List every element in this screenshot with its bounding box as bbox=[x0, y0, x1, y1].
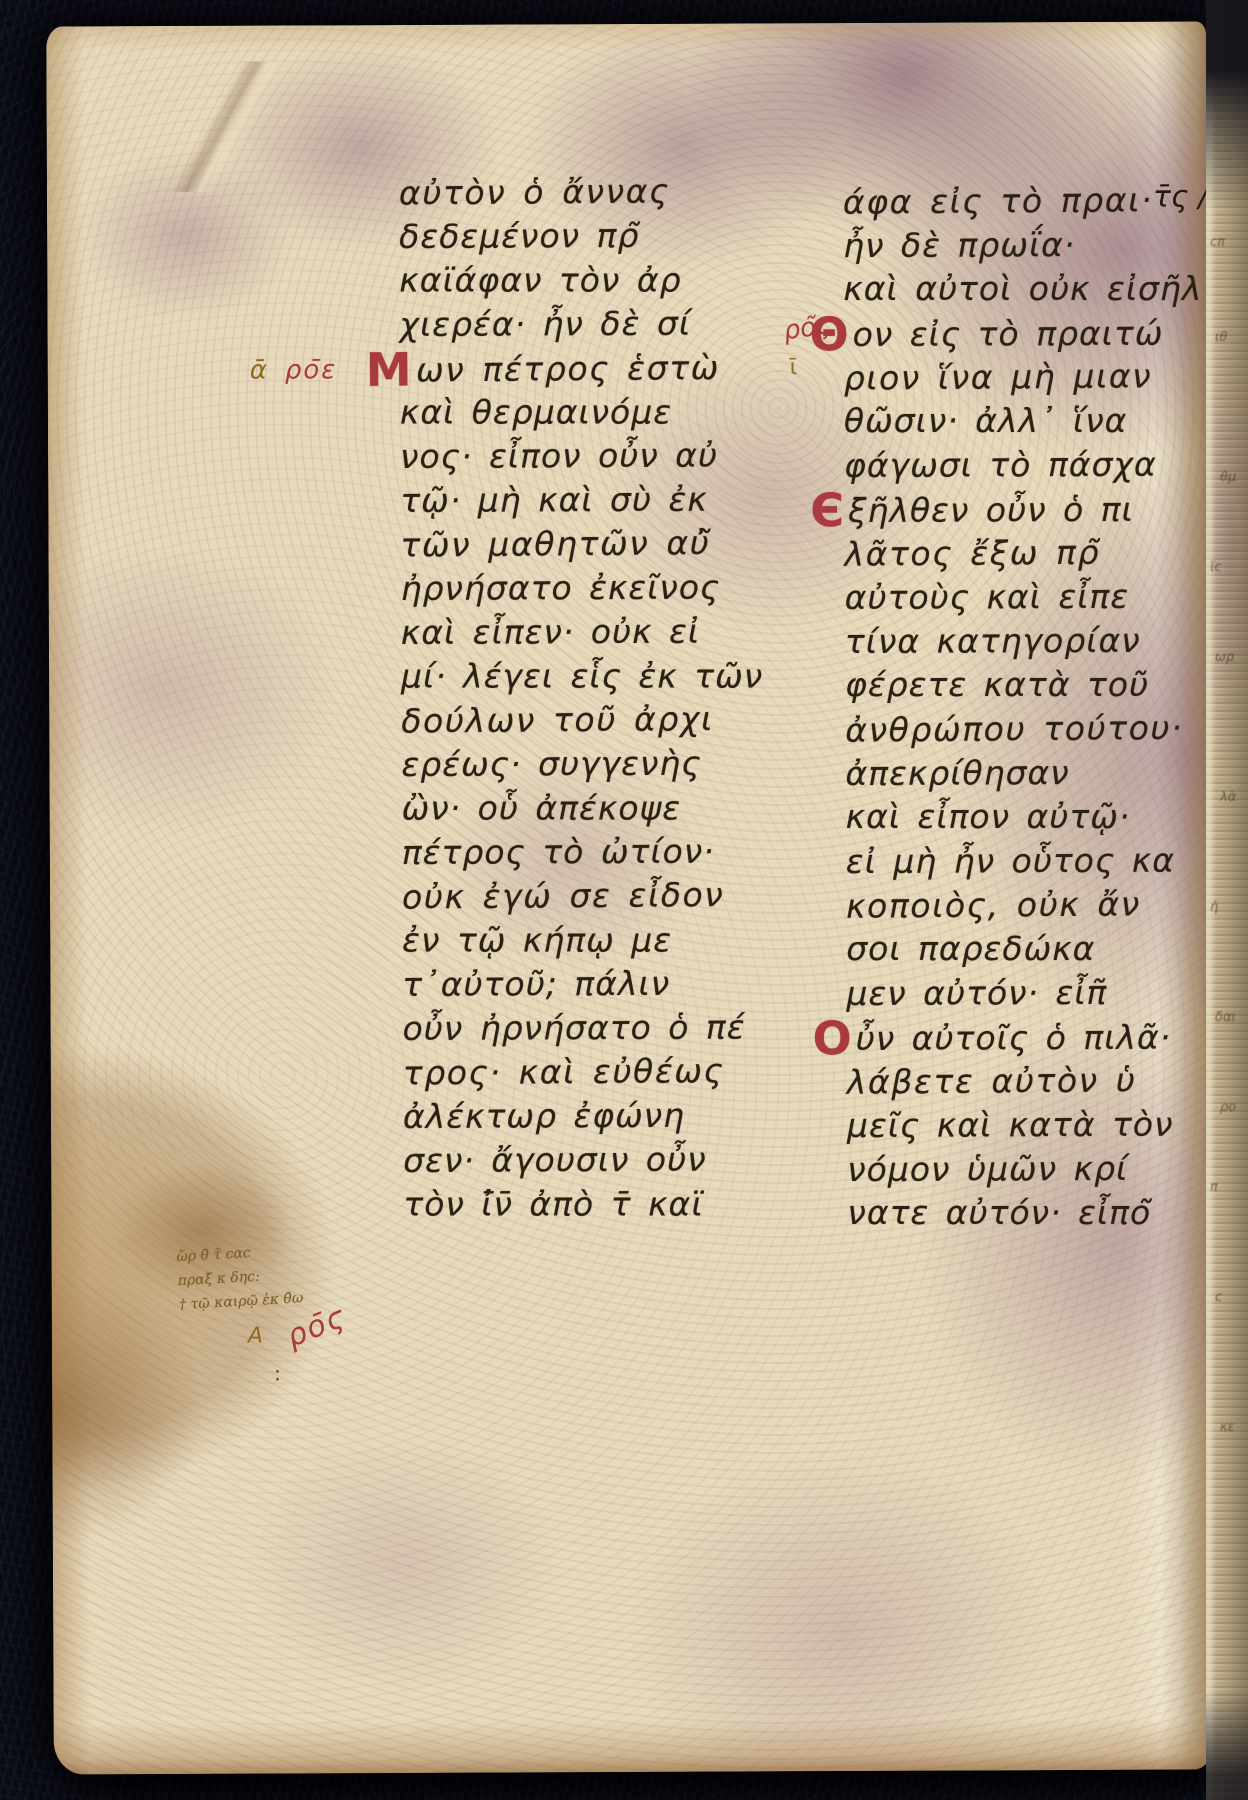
manuscript-line: ἠρνήσατο ἐκεῖνος bbox=[401, 566, 741, 611]
line-text: φέρετε κατὰ τοῦ bbox=[845, 665, 1149, 704]
line-text: σεν· ἄγουσιν οὖν bbox=[403, 1140, 707, 1180]
manuscript-line: σεν· ἄγουσιν οὖν bbox=[403, 1138, 743, 1183]
manuscript-line: ριον ἵνα μὴ μιαν bbox=[844, 354, 1224, 401]
line-text: οὖν ἠρνήσατο ὁ πέ bbox=[402, 1007, 745, 1047]
manuscript-line: νατε αὐτόν· εἶπο̃ bbox=[847, 1191, 1227, 1235]
line-text: μεῖς καὶ κατὰ τὸν bbox=[847, 1105, 1174, 1145]
line-text: καὶ εἶπον αὐτῷ· bbox=[846, 797, 1131, 836]
rubric-initial: Є bbox=[810, 483, 845, 537]
manuscript-line: αὐτοὺς καὶ εἶπε bbox=[845, 574, 1225, 620]
next-page-text-fragment: ωρ bbox=[1215, 650, 1234, 665]
manuscript-line: καϊάφαν τὸν ἀρ bbox=[399, 258, 739, 302]
manuscript-line: τὸν ἰ̄ν̄ ἀπὸ τ̄ καϊ bbox=[403, 1182, 743, 1226]
line-text: τ᾽αὐτοῦ; πάλιν bbox=[402, 964, 670, 1004]
manuscript-line: ερέως· συγγενὴς bbox=[401, 742, 741, 787]
next-page-text-fragment: ἡ bbox=[1210, 900, 1218, 915]
line-text: χιερέα· ἦν δὲ σί bbox=[399, 304, 691, 344]
line-text: σοι παρεδώκα bbox=[846, 929, 1095, 968]
lower-margin-lection-note: ὥρ θ̄ τ̄ ϲαϲπραξ κ δηϲ:† τῷ καιρῷ ἐκ θ̄ω bbox=[176, 1234, 380, 1317]
manuscript-line: οὐκ ἐγώ σε εἶδον bbox=[402, 873, 742, 920]
fore-edge-pages: ϲπιθθμϊϲωρλὰἡδαιροπϲκε bbox=[1206, 0, 1248, 1800]
manuscript-line: ἀλέκτωρ ἐφώνη bbox=[403, 1094, 743, 1139]
manuscript-line: μεῖς καὶ κατὰ τὸν bbox=[847, 1102, 1227, 1148]
line-text: ἀλέκτωρ ἐφώνη bbox=[403, 1096, 685, 1136]
manuscript-line: λᾶτος ἔξω πρ̃ bbox=[844, 530, 1224, 577]
manuscript-line: φάγωσι τὸ πάσχα bbox=[844, 442, 1224, 488]
manuscript-line: αὐτὸν ὁ ἄννας bbox=[399, 169, 739, 216]
manuscript-line: μί· λέγει εἷς ἐκ τῶν bbox=[401, 654, 741, 698]
line-text: ὢν· οὗ ἀπέκοψε bbox=[402, 788, 682, 827]
next-page-text-fragment: κε bbox=[1220, 1420, 1235, 1435]
line-text: καὶ θερμαινόμε bbox=[400, 392, 672, 431]
manuscript-line: σοι παρεδώκα bbox=[846, 927, 1226, 971]
line-text: ον εἰς τὸ πραιτώ bbox=[853, 314, 1164, 354]
manuscript-line: Θον εἰς τὸ πραιτώ bbox=[843, 310, 1223, 356]
manuscript-line: καὶ εἶπον αὐτῷ· bbox=[846, 795, 1226, 839]
line-text: θῶσιν· ἀλλ᾽ ἵνα bbox=[844, 401, 1127, 440]
quire-signature-mark: τ̄ς / bbox=[1153, 179, 1208, 214]
manuscript-line: τ᾽αὐτοῦ; πάλιν bbox=[402, 962, 742, 1007]
line-text: πέτρος τὸ ὠτίον· bbox=[402, 832, 715, 872]
ammonian-section-number: ρο̄ε bbox=[285, 355, 338, 385]
line-text: άφα εἰς τὸ πραι· bbox=[843, 180, 1153, 221]
manuscript-line: φέρετε κατὰ τοῦ bbox=[845, 663, 1225, 707]
line-text: δούλων τοῦ ἀρχι bbox=[401, 699, 714, 740]
line-text: νατε αὐτόν· εἶπο̃ bbox=[847, 1193, 1151, 1232]
left-margin-section-number: ᾱρο̄ε bbox=[250, 355, 338, 385]
line-text: ὖν αὐτοῖς ὁ πιλᾶ· bbox=[856, 1018, 1172, 1058]
line-text: νος· εἶπον οὖν αὐ bbox=[400, 436, 718, 476]
manuscript-line: οὖν ἠρνήσατο ὁ πέ bbox=[402, 1006, 742, 1051]
manuscript-line: τῶν μαθητῶν αὐ̃ bbox=[400, 521, 740, 568]
manuscript-line: καὶ εἶπεν· οὐκ εἰ bbox=[401, 610, 741, 655]
line-text: ερέως· συγγενὴς bbox=[401, 744, 701, 784]
line-text: τῷ· μὴ καὶ σὺ ἐκ bbox=[400, 480, 708, 520]
line-text: λάβετε αὐτὸν ὑ bbox=[847, 1060, 1137, 1101]
next-page-text-fragment: ϲπ bbox=[1210, 235, 1225, 250]
manuscript-line: ἀνθρώπου τούτου· bbox=[845, 706, 1225, 753]
manuscript-line: Οὖν αὐτοῖς ὁ πιλᾶ· bbox=[847, 1014, 1227, 1060]
manuscript-line: ὢν· οὗ ἀπέκοψε bbox=[402, 786, 742, 830]
manuscript-line: Єξῆλθεν οὖν ὁ πι bbox=[844, 486, 1224, 532]
manuscript-photo: αὐτὸν ὁ ἄνναςδεδεμένον πρ̃καϊάφαν τὸν ἀρ… bbox=[0, 0, 1248, 1800]
line-text: καὶ αὐτοὶ οὐκ εἰσῆλ bbox=[843, 269, 1202, 308]
line-text: ων πέτρος ἑστὼ bbox=[416, 348, 720, 389]
manuscript-line: καὶ αὐτοὶ οὐκ εἰσῆλ bbox=[843, 267, 1223, 311]
line-text: κοποιὸς, οὐκ ἄν bbox=[846, 884, 1141, 925]
eusebian-canon-letter: ᾱ bbox=[250, 356, 269, 386]
manuscript-line: χιερέα· ἦν δὲ σί bbox=[399, 302, 739, 347]
line-text: τρος· καὶ εὐθέως bbox=[403, 1051, 725, 1093]
line-text: ἀπεκρίθησαν bbox=[845, 753, 1069, 793]
manuscript-line: νος· εἶπον οὖν αὐ bbox=[400, 434, 740, 479]
line-text: αὐτοὺς καὶ εἶπε bbox=[845, 577, 1130, 617]
next-page-text-fragment: π bbox=[1210, 1180, 1218, 1195]
line-text: ριον ἵνα μὴ μιαν bbox=[844, 356, 1153, 397]
line-text: οὐκ ἐγώ σε εἶδον bbox=[402, 875, 725, 917]
lower-margin-punctuation: : bbox=[274, 1362, 281, 1386]
line-text: ἦν δὲ πρωΐα· bbox=[843, 225, 1075, 265]
manuscript-line: εἰ μὴ ἦν οὗτος κα bbox=[846, 838, 1226, 884]
lower-margin-canon-letter: Α bbox=[248, 1324, 263, 1349]
next-page-text-fragment: ρο bbox=[1220, 1100, 1236, 1115]
manuscript-line: δούλων τοῦ ἀρχι bbox=[401, 697, 741, 744]
manuscript-line: τρος· καὶ εὐθέως bbox=[403, 1049, 743, 1096]
text-column-left: αὐτὸν ὁ ἄνναςδεδεμένον πρ̃καϊάφαν τὸν ἀρ… bbox=[399, 170, 744, 1227]
line-text: τὸν ἰ̄ν̄ ἀπὸ τ̄ καϊ bbox=[403, 1184, 703, 1223]
line-text: τίνα κατηγορίαν bbox=[845, 621, 1141, 661]
manuscript-line: κοποιὸς, οὐκ ἄν bbox=[846, 882, 1226, 929]
line-text: δεδεμένον πρ̃ bbox=[399, 216, 639, 256]
manuscript-line: μεν αὐτόν· εἶπ̃ bbox=[846, 970, 1226, 1016]
line-text: ἀνθρώπου τούτου· bbox=[845, 708, 1183, 750]
next-page-text-fragment: θμ bbox=[1220, 470, 1236, 485]
manuscript-line: Μων πέτρος ἑστὼ bbox=[400, 345, 740, 392]
line-text: εἰ μὴ ἦν οὗτος κα bbox=[846, 841, 1175, 881]
line-text: αὐτὸν ὁ ἄννας bbox=[399, 171, 670, 212]
line-text: μί· λέγει εἷς ἐκ τῶν bbox=[401, 656, 763, 695]
manuscript-line: πέτρος τὸ ὠτίον· bbox=[402, 830, 742, 875]
line-text: φάγωσι τὸ πάσχα bbox=[844, 445, 1157, 485]
manuscript-line: νόμον ὑμῶν κρί bbox=[847, 1146, 1227, 1192]
line-text: νόμον ὑμῶν κρί bbox=[847, 1149, 1128, 1189]
manuscript-line: λάβετε αὐτὸν ὑ bbox=[847, 1058, 1227, 1105]
rubric-initial: Μ bbox=[365, 342, 413, 396]
intercolumn-canon-mark: ῑ bbox=[790, 355, 798, 380]
line-text: καὶ εἶπεν· οὐκ εἰ bbox=[401, 612, 700, 652]
manuscript-line: ἦν δὲ πρωΐα· bbox=[843, 222, 1223, 268]
page-crease bbox=[56, 61, 387, 192]
manuscript-line: θῶσιν· ἀλλ᾽ ἵνα bbox=[844, 399, 1224, 443]
rubric-initial: Ο bbox=[812, 1011, 852, 1065]
line-text: ἐν τῷ κήπῳ με bbox=[402, 920, 672, 959]
line-text: μεν αὐτόν· εἶπ̃ bbox=[846, 973, 1107, 1013]
manuscript-line: τίνα κατηγορίαν bbox=[845, 618, 1225, 664]
next-page-text-fragment: δαι bbox=[1215, 1010, 1236, 1025]
manuscript-page: αὐτὸν ὁ ἄνναςδεδεμένον πρ̃καϊάφαν τὸν ἀρ… bbox=[46, 21, 1214, 1774]
text-column-right: άφα εἰς τὸ πραι·ἦν δὲ πρωΐα·καὶ αὐτοὶ οὐ… bbox=[843, 178, 1228, 1236]
line-text: καϊάφαν τὸν ἀρ bbox=[399, 260, 681, 299]
manuscript-line: ἐν τῷ κήπῳ με bbox=[402, 918, 742, 962]
manuscript-line: τῷ· μὴ καὶ σὺ ἐκ bbox=[400, 478, 740, 523]
manuscript-line: δεδεμένον πρ̃ bbox=[399, 214, 739, 259]
next-page-text-fragment: λὰ bbox=[1220, 790, 1236, 805]
next-page-text-fragment: ϲ bbox=[1215, 1290, 1222, 1305]
line-text: ἠρνήσατο ἐκεῖνος bbox=[401, 568, 721, 608]
manuscript-line: ἀπεκρίθησαν bbox=[845, 750, 1225, 796]
next-page-text-fragment: ϊϲ bbox=[1210, 560, 1222, 575]
line-text: τῶν μαθητῶν αὐ̃ bbox=[400, 523, 710, 564]
next-page-text-fragment: ιθ bbox=[1215, 330, 1227, 345]
line-text: λᾶτος ἔξω πρ̃ bbox=[844, 533, 1100, 574]
manuscript-line: καὶ θερμαινόμε bbox=[400, 390, 740, 434]
line-text: ξῆλθεν οὖν ὁ πι bbox=[848, 490, 1134, 530]
